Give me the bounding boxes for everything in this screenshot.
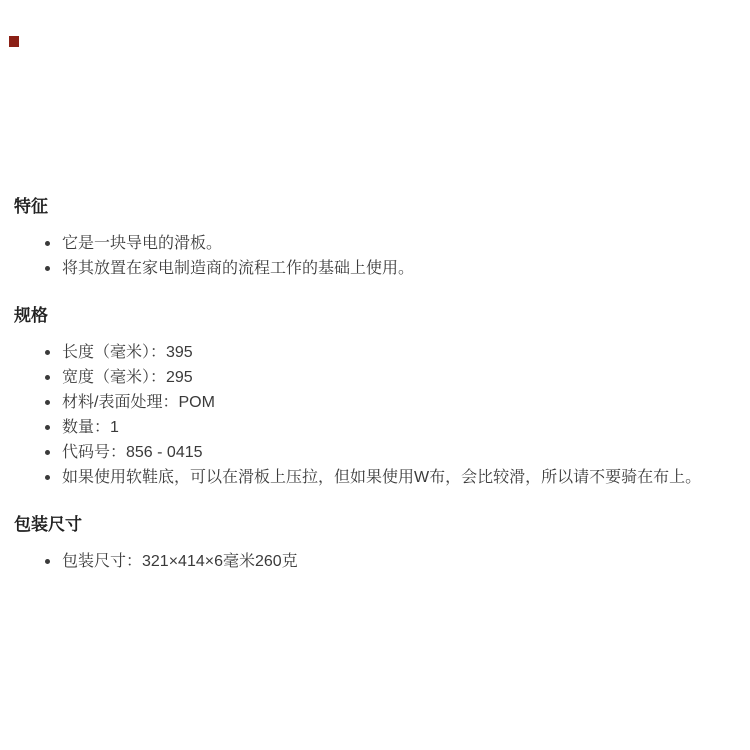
list-item: 代码号：856 - 0415 bbox=[62, 440, 736, 465]
specifications-list: 长度（毫米）：395 宽度（毫米）：295 材料/表面处理：POM 数量：1 代… bbox=[14, 340, 736, 490]
list-item: 包装尺寸：321×414×6毫米260克 bbox=[62, 549, 736, 574]
bullet-icon bbox=[45, 475, 50, 480]
spec-width: 宽度（毫米）：295 bbox=[62, 365, 193, 390]
list-item: 将其放置在家电制造商的流程工作的基础上使用。 bbox=[62, 256, 736, 281]
bullet-icon bbox=[45, 400, 50, 405]
section-specifications: 规格 长度（毫米）：395 宽度（毫米）：295 材料/表面处理：POM 数量：… bbox=[14, 305, 736, 490]
bullet-icon bbox=[45, 375, 50, 380]
list-item: 它是一块导电的滑板。 bbox=[62, 231, 736, 256]
spec-code-number: 代码号：856 - 0415 bbox=[62, 440, 203, 465]
spec-usage-note: 如果使用软鞋底，可以在滑板上压拉，但如果使用W布，会比较滑，所以请不要骑在布上。 bbox=[62, 465, 701, 490]
bullet-icon bbox=[45, 350, 50, 355]
list-item-text: 将其放置在家电制造商的流程工作的基础上使用。 bbox=[62, 256, 414, 281]
features-list: 它是一块导电的滑板。 将其放置在家电制造商的流程工作的基础上使用。 bbox=[14, 231, 736, 281]
bullet-icon bbox=[45, 425, 50, 430]
package-size-list: 包装尺寸：321×414×6毫米260克 bbox=[14, 549, 736, 574]
bullet-icon bbox=[45, 241, 50, 246]
list-item-text: 它是一块导电的滑板。 bbox=[62, 231, 222, 256]
list-item: 数量：1 bbox=[62, 415, 736, 440]
list-item: 材料/表面处理：POM bbox=[62, 390, 736, 415]
package-dimensions: 包装尺寸：321×414×6毫米260克 bbox=[62, 549, 298, 574]
list-item: 长度（毫米）：395 bbox=[62, 340, 736, 365]
bullet-icon bbox=[45, 266, 50, 271]
section-features: 特征 它是一块导电的滑板。 将其放置在家电制造商的流程工作的基础上使用。 bbox=[14, 196, 736, 281]
section-package-size: 包装尺寸 包装尺寸：321×414×6毫米260克 bbox=[14, 514, 736, 574]
list-item: 如果使用软鞋底，可以在滑板上压拉，但如果使用W布，会比较滑，所以请不要骑在布上。 bbox=[62, 465, 736, 490]
spec-length: 长度（毫米）：395 bbox=[62, 340, 193, 365]
product-description: 特征 它是一块导电的滑板。 将其放置在家电制造商的流程工作的基础上使用。 规格 … bbox=[14, 196, 736, 598]
list-item: 宽度（毫米）：295 bbox=[62, 365, 736, 390]
red-artifact-marker bbox=[9, 36, 19, 47]
spec-quantity: 数量：1 bbox=[62, 415, 119, 440]
spec-material: 材料/表面处理：POM bbox=[62, 390, 215, 415]
bullet-icon bbox=[45, 559, 50, 564]
package-size-heading: 包装尺寸 bbox=[14, 514, 736, 536]
bullet-icon bbox=[45, 450, 50, 455]
features-heading: 特征 bbox=[14, 196, 736, 218]
specifications-heading: 规格 bbox=[14, 305, 736, 327]
